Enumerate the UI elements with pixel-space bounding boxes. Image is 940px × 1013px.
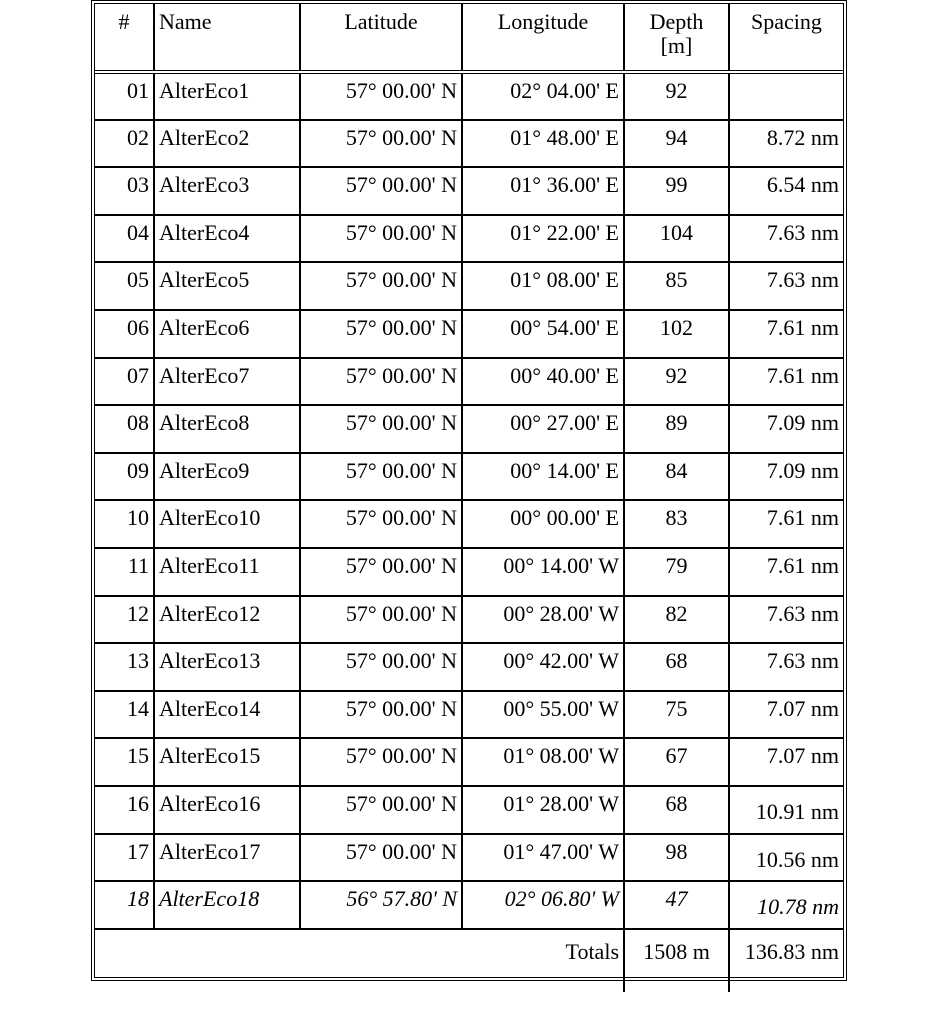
totals-row: Totals 1508 m 136.83 nm xyxy=(95,929,843,992)
cell-latitude: 56° 57.80' N xyxy=(300,881,462,929)
header-name: Name xyxy=(154,4,300,72)
header-longitude: Longitude xyxy=(462,4,624,72)
cell-name: AlterEco4 xyxy=(154,215,300,263)
cell-longitude: 00° 42.00' W xyxy=(462,643,624,691)
cell-name: AlterEco9 xyxy=(154,453,300,501)
cell-latitude: 57° 00.00' N xyxy=(300,786,462,834)
cell-spacing: 7.61 nm xyxy=(729,500,843,548)
cell-num: 05 xyxy=(95,262,154,310)
cell-latitude: 57° 00.00' N xyxy=(300,310,462,358)
cell-num: 14 xyxy=(95,691,154,739)
cell-latitude: 57° 00.00' N xyxy=(300,215,462,263)
table-row: 01 AlterEco1 57° 00.00' N 02° 04.00' E 9… xyxy=(95,72,843,120)
header-depth-unit: [m] xyxy=(629,34,724,58)
table-row: 05 AlterEco5 57° 00.00' N 01° 08.00' E 8… xyxy=(95,262,843,310)
cell-spacing: 7.09 nm xyxy=(729,405,843,453)
cell-longitude: 01° 08.00' E xyxy=(462,262,624,310)
table-row: 17 AlterEco17 57° 00.00' N 01° 47.00' W … xyxy=(95,834,843,882)
totals-spacing: 136.83 nm xyxy=(729,929,843,992)
cell-name: AlterEco1 xyxy=(154,72,300,120)
cell-spacing: 7.09 nm xyxy=(729,453,843,501)
table-row: 10 AlterEco10 57° 00.00' N 00° 00.00' E … xyxy=(95,500,843,548)
cell-spacing: 10.91 nm xyxy=(729,786,843,834)
table-row: 03 AlterEco3 57° 00.00' N 01° 36.00' E 9… xyxy=(95,167,843,215)
table-row: 07 AlterEco7 57° 00.00' N 00° 40.00' E 9… xyxy=(95,358,843,406)
cell-depth: 75 xyxy=(624,691,729,739)
cell-name: AlterEco12 xyxy=(154,596,300,644)
cell-spacing: 7.07 nm xyxy=(729,738,843,786)
cell-latitude: 57° 00.00' N xyxy=(300,120,462,168)
cell-spacing: 7.63 nm xyxy=(729,596,843,644)
cell-latitude: 57° 00.00' N xyxy=(300,262,462,310)
cell-latitude: 57° 00.00' N xyxy=(300,72,462,120)
table-row: 02 AlterEco2 57° 00.00' N 01° 48.00' E 9… xyxy=(95,120,843,168)
cell-longitude: 01° 36.00' E xyxy=(462,167,624,215)
cell-name: AlterEco15 xyxy=(154,738,300,786)
cell-name: AlterEco10 xyxy=(154,500,300,548)
table-row: 14 AlterEco14 57° 00.00' N 00° 55.00' W … xyxy=(95,691,843,739)
cell-name: AlterEco14 xyxy=(154,691,300,739)
cell-name: AlterEco16 xyxy=(154,786,300,834)
cell-depth: 99 xyxy=(624,167,729,215)
cell-longitude: 02° 04.00' E xyxy=(462,72,624,120)
cell-num: 11 xyxy=(95,548,154,596)
cell-depth: 92 xyxy=(624,358,729,406)
cell-num: 18 xyxy=(95,881,154,929)
header-spacing: Spacing xyxy=(729,4,843,72)
cell-spacing: 7.07 nm xyxy=(729,691,843,739)
cell-num: 10 xyxy=(95,500,154,548)
cell-num: 12 xyxy=(95,596,154,644)
table-row: 13 AlterEco13 57° 00.00' N 00° 42.00' W … xyxy=(95,643,843,691)
header-num: # xyxy=(95,4,154,72)
cell-num: 16 xyxy=(95,786,154,834)
totals-depth: 1508 m xyxy=(624,929,729,992)
table-row: 06 AlterEco6 57° 00.00' N 00° 54.00' E 1… xyxy=(95,310,843,358)
table-row: 09 AlterEco9 57° 00.00' N 00° 14.00' E 8… xyxy=(95,453,843,501)
cell-num: 03 xyxy=(95,167,154,215)
cell-spacing: 7.63 nm xyxy=(729,215,843,263)
cell-latitude: 57° 00.00' N xyxy=(300,358,462,406)
cell-latitude: 57° 00.00' N xyxy=(300,596,462,644)
cell-depth: 85 xyxy=(624,262,729,310)
cell-spacing: 10.78 nm xyxy=(729,881,843,929)
cell-longitude: 01° 47.00' W xyxy=(462,834,624,882)
cell-num: 08 xyxy=(95,405,154,453)
cell-name: AlterEco13 xyxy=(154,643,300,691)
cell-latitude: 57° 00.00' N xyxy=(300,691,462,739)
cell-latitude: 57° 00.00' N xyxy=(300,643,462,691)
cell-spacing: 7.63 nm xyxy=(729,262,843,310)
cell-depth: 89 xyxy=(624,405,729,453)
cell-depth: 47 xyxy=(624,881,729,929)
cell-num: 15 xyxy=(95,738,154,786)
cell-longitude: 01° 22.00' E xyxy=(462,215,624,263)
cell-spacing: 6.54 nm xyxy=(729,167,843,215)
cell-num: 13 xyxy=(95,643,154,691)
cell-depth: 82 xyxy=(624,596,729,644)
cell-depth: 102 xyxy=(624,310,729,358)
table-row: 18 AlterEco18 56° 57.80' N 02° 06.80' W … xyxy=(95,881,843,929)
header-depth-label: Depth xyxy=(629,10,724,34)
cell-depth: 92 xyxy=(624,72,729,120)
station-table: # Name Latitude Longitude Depth [m] Spac… xyxy=(95,4,843,992)
cell-num: 04 xyxy=(95,215,154,263)
station-table-inner-border: # Name Latitude Longitude Depth [m] Spac… xyxy=(94,3,844,978)
cell-depth: 98 xyxy=(624,834,729,882)
table-row: 15 AlterEco15 57° 00.00' N 01° 08.00' W … xyxy=(95,738,843,786)
cell-latitude: 57° 00.00' N xyxy=(300,548,462,596)
table-row: 12 AlterEco12 57° 00.00' N 00° 28.00' W … xyxy=(95,596,843,644)
cell-longitude: 00° 27.00' E xyxy=(462,405,624,453)
cell-name: AlterEco3 xyxy=(154,167,300,215)
cell-longitude: 00° 54.00' E xyxy=(462,310,624,358)
table-header-row: # Name Latitude Longitude Depth [m] Spac… xyxy=(95,4,843,72)
cell-name: AlterEco5 xyxy=(154,262,300,310)
header-depth: Depth [m] xyxy=(624,4,729,72)
cell-latitude: 57° 00.00' N xyxy=(300,405,462,453)
cell-num: 17 xyxy=(95,834,154,882)
cell-num: 02 xyxy=(95,120,154,168)
totals-label: Totals xyxy=(95,929,624,992)
cell-num: 06 xyxy=(95,310,154,358)
cell-spacing: 7.61 nm xyxy=(729,548,843,596)
cell-name: AlterEco6 xyxy=(154,310,300,358)
header-latitude: Latitude xyxy=(300,4,462,72)
cell-longitude: 00° 14.00' W xyxy=(462,548,624,596)
cell-latitude: 57° 00.00' N xyxy=(300,167,462,215)
cell-spacing: 10.56 nm xyxy=(729,834,843,882)
cell-depth: 68 xyxy=(624,643,729,691)
cell-longitude: 02° 06.80' W xyxy=(462,881,624,929)
cell-num: 09 xyxy=(95,453,154,501)
cell-depth: 83 xyxy=(624,500,729,548)
cell-spacing: 7.63 nm xyxy=(729,643,843,691)
table-row: 11 AlterEco11 57° 00.00' N 00° 14.00' W … xyxy=(95,548,843,596)
cell-name: AlterEco17 xyxy=(154,834,300,882)
cell-num: 07 xyxy=(95,358,154,406)
station-table-frame: # Name Latitude Longitude Depth [m] Spac… xyxy=(91,0,847,981)
cell-spacing: 7.61 nm xyxy=(729,358,843,406)
cell-longitude: 01° 28.00' W xyxy=(462,786,624,834)
cell-longitude: 00° 40.00' E xyxy=(462,358,624,406)
cell-spacing xyxy=(729,72,843,120)
cell-longitude: 00° 14.00' E xyxy=(462,453,624,501)
table-row: 08 AlterEco8 57° 00.00' N 00° 27.00' E 8… xyxy=(95,405,843,453)
cell-name: AlterEco7 xyxy=(154,358,300,406)
cell-name: AlterEco11 xyxy=(154,548,300,596)
cell-name: AlterEco2 xyxy=(154,120,300,168)
cell-spacing: 8.72 nm xyxy=(729,120,843,168)
cell-depth: 68 xyxy=(624,786,729,834)
cell-spacing: 7.61 nm xyxy=(729,310,843,358)
cell-latitude: 57° 00.00' N xyxy=(300,453,462,501)
cell-latitude: 57° 00.00' N xyxy=(300,834,462,882)
cell-name: AlterEco18 xyxy=(154,881,300,929)
cell-depth: 94 xyxy=(624,120,729,168)
cell-longitude: 00° 00.00' E xyxy=(462,500,624,548)
table-row: 16 AlterEco16 57° 00.00' N 01° 28.00' W … xyxy=(95,786,843,834)
cell-longitude: 01° 08.00' W xyxy=(462,738,624,786)
cell-longitude: 01° 48.00' E xyxy=(462,120,624,168)
cell-longitude: 00° 55.00' W xyxy=(462,691,624,739)
cell-latitude: 57° 00.00' N xyxy=(300,738,462,786)
cell-longitude: 00° 28.00' W xyxy=(462,596,624,644)
cell-depth: 67 xyxy=(624,738,729,786)
cell-latitude: 57° 00.00' N xyxy=(300,500,462,548)
cell-depth: 104 xyxy=(624,215,729,263)
cell-name: AlterEco8 xyxy=(154,405,300,453)
cell-depth: 84 xyxy=(624,453,729,501)
cell-depth: 79 xyxy=(624,548,729,596)
table-row: 04 AlterEco4 57° 00.00' N 01° 22.00' E 1… xyxy=(95,215,843,263)
cell-num: 01 xyxy=(95,72,154,120)
